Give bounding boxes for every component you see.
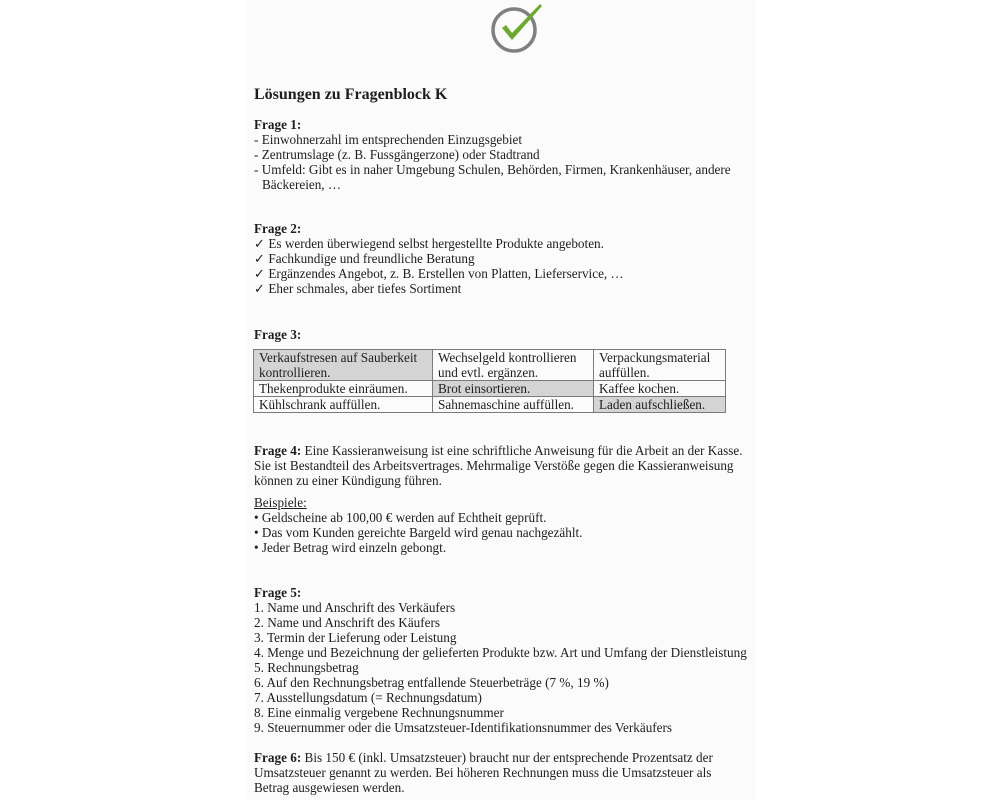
frage6-text: Umsatzsteuer genannt zu werden. Bei höhe… xyxy=(254,765,713,780)
frage2-item: ✓ Fachkundige und freundliche Beratung xyxy=(254,251,624,266)
examples-label: Beispiele: xyxy=(254,495,743,510)
frage1-item: - Zentrumslage (z. B. Fussgängerzone) od… xyxy=(254,147,731,162)
bullet-icon: • xyxy=(254,510,259,525)
frage5-item: 2. Name und Anschrift des Käufers xyxy=(254,615,747,630)
check-bullet-icon: ✓ xyxy=(254,236,265,251)
table-cell: Brot einsortieren. xyxy=(433,381,594,397)
frage2-item: ✓ Ergänzendes Angebot, z. B. Erstellen v… xyxy=(254,266,624,281)
table-cell: Thekenprodukte einräumen. xyxy=(254,381,433,397)
frage5-section: Frage 5: 1. Name und Anschrift des Verkä… xyxy=(254,585,747,735)
table-row: Thekenprodukte einräumen.Brot einsortier… xyxy=(254,381,726,397)
example-item: • Jeder Betrag wird einzeln gebongt. xyxy=(254,540,743,555)
frage6-heading: Frage 6: xyxy=(254,750,301,765)
frage5-item: 1. Name und Anschrift des Verkäufers xyxy=(254,600,747,615)
example-item: • Das vom Kunden gereichte Bargeld wird … xyxy=(254,525,743,540)
frage6-section: Frage 6: Bis 150 € (inkl. Umsatzsteuer) … xyxy=(254,750,713,795)
table-cell: Verpackungsmaterial auffüllen. xyxy=(594,350,726,381)
table-row: Verkaufstresen auf Sauberkeit kontrollie… xyxy=(254,350,726,381)
frage5-item: 9. Steuernummer oder die Umsatzsteuer-Id… xyxy=(254,720,747,735)
frage5-item: 5. Rechnungsbetrag xyxy=(254,660,747,675)
document-title: Lösungen zu Fragenblock K xyxy=(254,86,447,104)
frage4-text: Eine Kassieranweisung ist eine schriftli… xyxy=(305,443,743,458)
table-cell: Kühlschrank auffüllen. xyxy=(254,397,433,413)
check-bullet-icon: ✓ xyxy=(254,266,265,281)
table-cell: Sahnemaschine auffüllen. xyxy=(433,397,594,413)
frage2-heading: Frage 2: xyxy=(254,221,624,236)
frage4-text: Sie ist Bestandteil des Arbeitsvertrages… xyxy=(254,458,743,473)
frage1-section: Frage 1: - Einwohnerzahl im entsprechend… xyxy=(254,117,731,192)
frage4-section: Frage 4: Eine Kassieranweisung ist eine … xyxy=(254,443,743,555)
tasks-table: Verkaufstresen auf Sauberkeit kontrollie… xyxy=(253,349,726,413)
frage1-heading: Frage 1: xyxy=(254,117,731,132)
frage2-section: Frage 2: ✓ Es werden überwiegend selbst … xyxy=(254,221,624,296)
frage5-item: 4. Menge und Bezeichnung der gelieferten… xyxy=(254,645,747,660)
check-bullet-icon: ✓ xyxy=(254,251,265,266)
frage1-item: - Einwohnerzahl im entsprechenden Einzug… xyxy=(254,132,731,147)
example-item: • Geldscheine ab 100,00 € werden auf Ech… xyxy=(254,510,743,525)
frage1-item: - Umfeld: Gibt es in naher Umgebung Schu… xyxy=(254,162,731,177)
frage6-text: Bis 150 € (inkl. Umsatzsteuer) braucht n… xyxy=(305,750,713,765)
table-row: Kühlschrank auffüllen.Sahnemaschine auff… xyxy=(254,397,726,413)
frage4-text: können zu einer Kündigung führen. xyxy=(254,473,743,488)
frage5-item: 7. Ausstellungsdatum (= Rechnungsdatum) xyxy=(254,690,747,705)
frage2-item: ✓ Es werden überwiegend selbst hergestel… xyxy=(254,236,624,251)
table-cell: Laden aufschließen. xyxy=(594,397,726,413)
frage5-item: 3. Termin der Lieferung oder Leistung xyxy=(254,630,747,645)
table-cell: Wechselgeld kontrollieren und evtl. ergä… xyxy=(433,350,594,381)
bullet-icon: • xyxy=(254,540,259,555)
frage2-item: ✓ Eher schmales, aber tiefes Sortiment xyxy=(254,281,624,296)
frage5-item: 8. Eine einmalig vergebene Rechnungsnumm… xyxy=(254,705,747,720)
table-cell: Kaffee kochen. xyxy=(594,381,726,397)
check-bullet-icon: ✓ xyxy=(254,281,265,296)
frage4-heading: Frage 4: xyxy=(254,443,301,458)
table-cell: Verkaufstresen auf Sauberkeit kontrollie… xyxy=(254,350,433,381)
bullet-icon: • xyxy=(254,525,259,540)
frage6-text: Betrag ausgewiesen werden. xyxy=(254,780,713,795)
frage5-item: 6. Auf den Rechnungsbetrag entfallende S… xyxy=(254,675,747,690)
frage1-item-continuation: Bäckereien, … xyxy=(254,177,731,192)
frage5-heading: Frage 5: xyxy=(254,585,747,600)
checkmark-logo-icon xyxy=(484,2,546,54)
frage3-heading: Frage 3: xyxy=(254,327,301,342)
